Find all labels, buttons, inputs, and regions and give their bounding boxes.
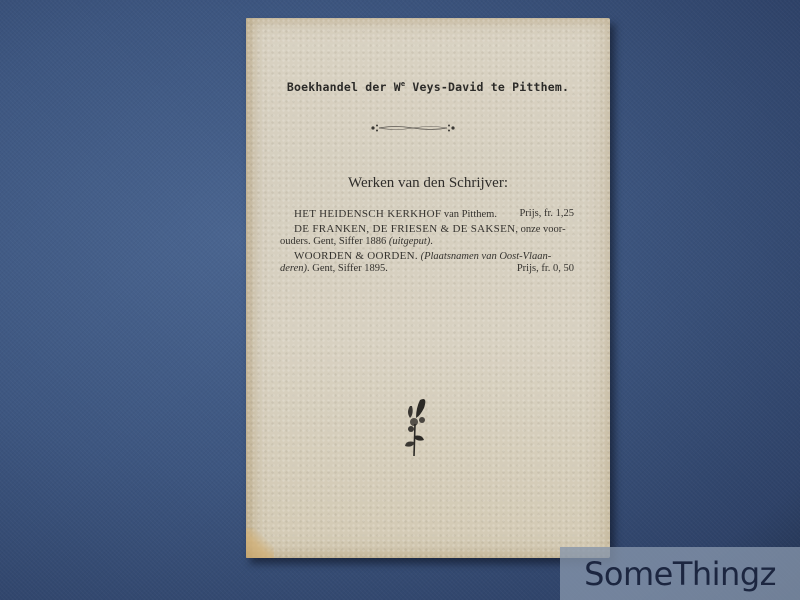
work-detail-line2: ouders. Gent, Siffer 1886 bbox=[280, 236, 389, 247]
section-title: Werken van den Schrijver: bbox=[246, 175, 610, 192]
work-title: WOORDEN & OORDEN. bbox=[294, 250, 418, 262]
decorative-rule-icon bbox=[370, 122, 456, 134]
publisher-line: Boekhandel der We Veys-David te Pitthem. bbox=[246, 80, 610, 94]
flower-vignette-icon bbox=[402, 396, 432, 458]
work-title: HET HEIDENSCH KERKHOF bbox=[294, 208, 441, 220]
work-price: Prijs, fr. 1,25 bbox=[519, 208, 574, 221]
work-item: DE FRANKEN, DE FRIESEN & DE SAKSEN, onze… bbox=[280, 223, 574, 248]
work-detail: , onze voor- bbox=[515, 224, 565, 235]
worn-corner bbox=[246, 528, 274, 558]
work-detail: (Plaatsnamen van Oost-Vlaan- bbox=[418, 251, 551, 262]
watermark-text: SomeThingz bbox=[584, 555, 776, 593]
watermark: SomeThingz bbox=[560, 547, 800, 600]
publisher-prefix: Boekhandel der W bbox=[287, 80, 401, 94]
work-detail: van Pitthem. bbox=[441, 209, 497, 220]
work-item: WOORDEN & OORDEN. (Plaatsnamen van Oost-… bbox=[280, 250, 574, 275]
work-detail-line2: . Gent, Siffer 1895. bbox=[307, 263, 388, 274]
work-price: Prijs, fr. 0, 50 bbox=[517, 263, 574, 275]
work-item: HET HEIDENSCH KERKHOF van Pitthem. Prijs… bbox=[280, 208, 574, 221]
publisher-suffix: Veys-David te Pitthem. bbox=[405, 80, 569, 94]
work-title: DE FRANKEN, DE FRIESEN & DE SAKSEN bbox=[294, 223, 515, 235]
booklet-back-cover: Boekhandel der We Veys-David te Pitthem.… bbox=[246, 18, 610, 558]
work-status: (uitgeput) bbox=[389, 236, 430, 247]
works-list: HET HEIDENSCH KERKHOF van Pitthem. Prijs… bbox=[280, 208, 574, 277]
